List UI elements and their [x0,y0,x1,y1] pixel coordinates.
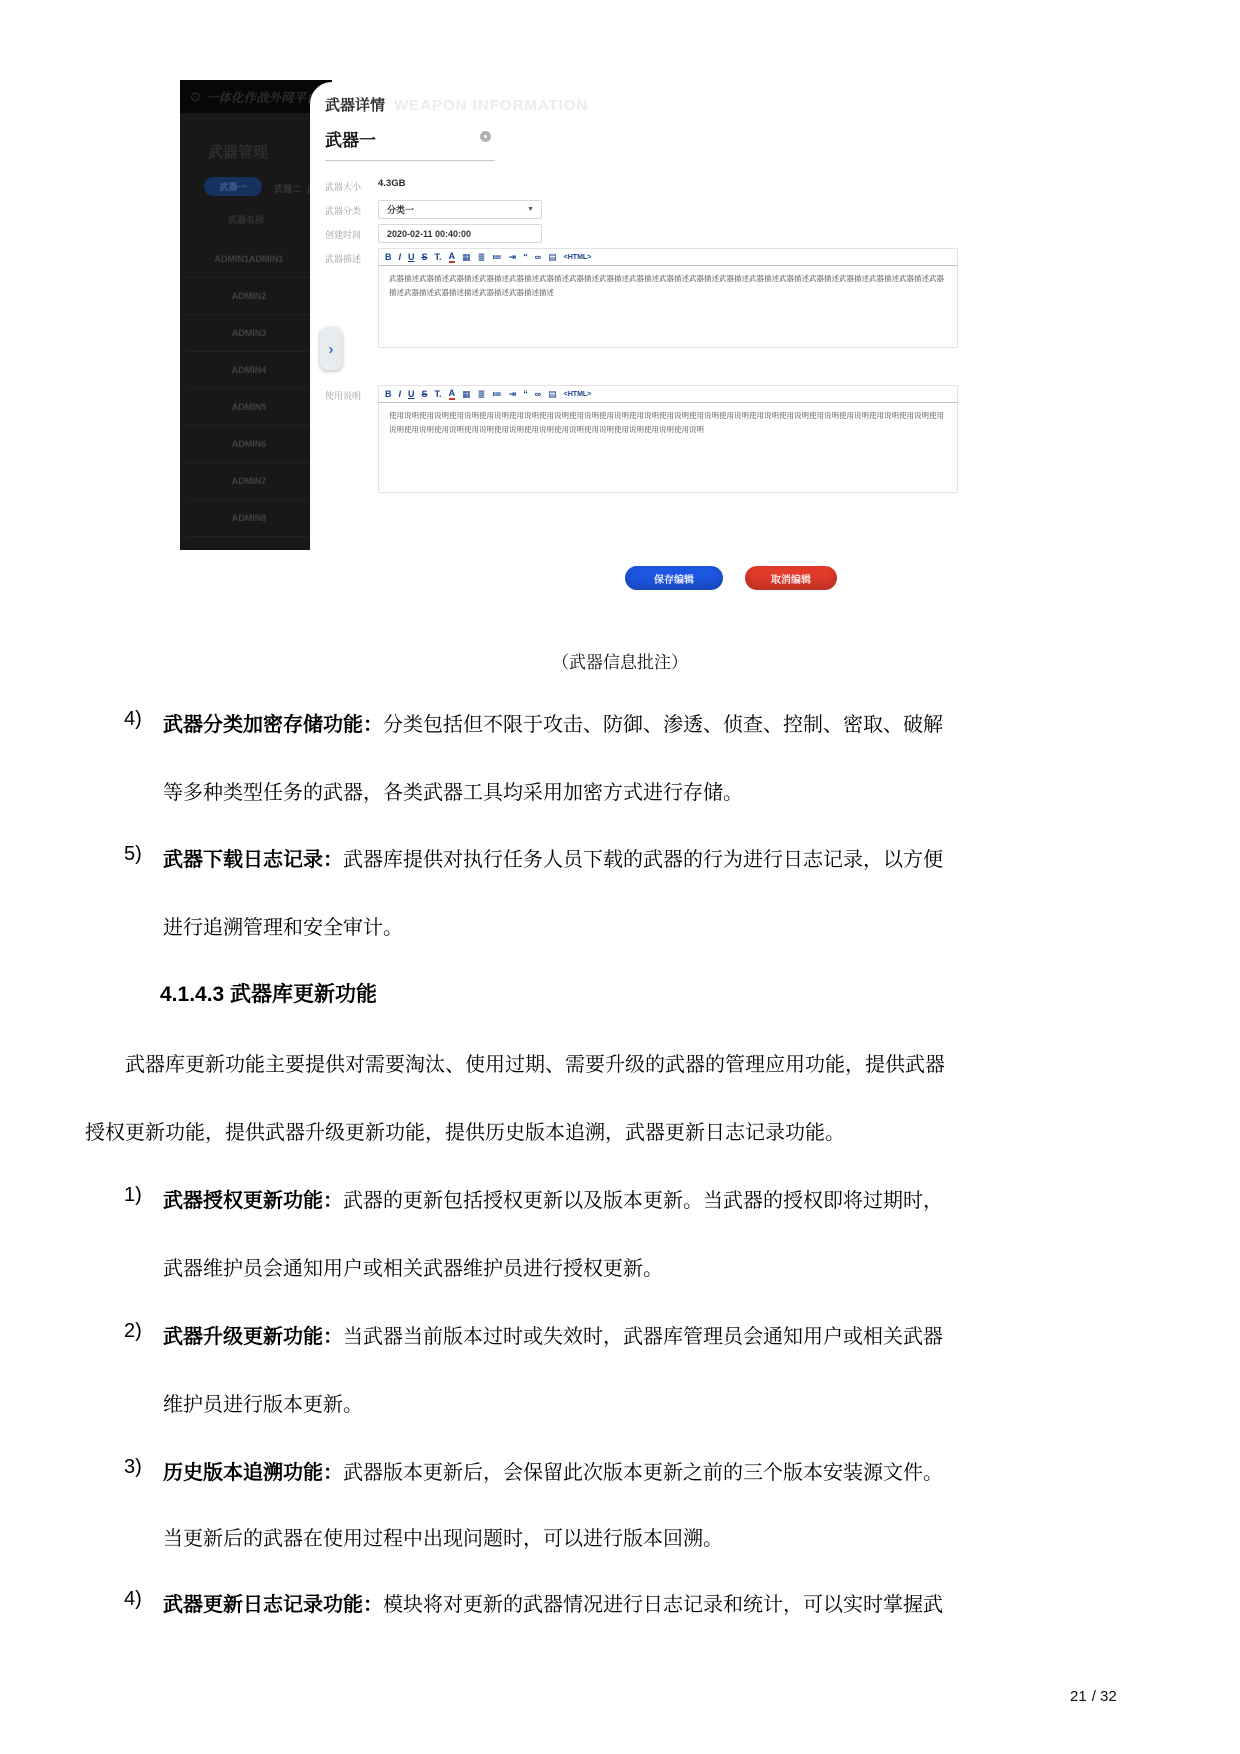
list-number: 5) [124,843,142,866]
doc-line: 等多种类型任务的武器，各类武器工具均采用加密方式进行存储。 [163,776,743,805]
weapon-detail-card: 武器详情 WEAPON INFORMATION 武器一 武器大小 4.3GB 武… [310,82,958,622]
editor-toolbar: B I U S T. A ▦ ≣ ≔ ⇥ “ ∞ ▤ <HTML> [379,386,957,403]
unordered-list-icon[interactable]: ≣ [478,253,486,262]
size-value: 4.3GB [378,178,405,189]
list-item[interactable]: ADMIN9 [186,537,312,550]
doc-line: 武器库更新功能主要提供对需要淘汰、使用过期、需要升级的武器的管理应用功能，提供武… [125,1048,945,1077]
doc-line: 武器更新日志记录功能：模块将对更新的武器情况进行日志记录和统计，可以实时掌握武 [163,1588,943,1617]
indent-icon[interactable]: ⇥ [509,253,517,262]
save-edit-button[interactable]: 保存编辑 [625,566,723,590]
font-color-icon[interactable]: A [449,252,456,263]
doc-line: 武器升级更新功能：当武器当前版本过时或失效时，武器库管理员会通知用户或相关武器 [163,1320,943,1349]
list-number: 4) [124,1588,142,1611]
panel-subtitle: WEAPON INFORMATION [394,97,588,114]
doc-line: 维护员进行版本更新。 [163,1388,363,1417]
panel-title: 武器详情 [325,94,385,115]
category-label: 武器分类 [325,204,361,217]
weapon-sidebar: 武器管理 武器一 武器二 武器三 武器名称 ADMIN1ADMIN1 ADMIN… [180,113,312,550]
font-size-icon[interactable]: T. [435,253,442,262]
doc-line: 历史版本追溯功能：武器版本更新后，会保留此次版本更新之前的三个版本安装源文件。 [163,1456,943,1485]
list-item[interactable]: ADMIN1ADMIN1 [186,241,312,278]
list-item[interactable]: ADMIN6 [186,426,312,463]
create-time-label: 创建时间 [325,228,361,241]
unordered-list-icon[interactable]: ≣ [478,390,486,399]
page-current: 21 [1070,1688,1087,1705]
usage-editor: B I U S T. A ▦ ≣ ≔ ⇥ “ ∞ ▤ <HTML> 使用说明使用… [378,385,958,493]
document-page: ⊙ 一体化作战外网平台 武器管理 武器一 武器二 武器三 武器名称 ADMIN1… [0,0,1240,1754]
list-item[interactable]: ADMIN5 [186,389,312,426]
page-total: / 32 [1092,1688,1117,1705]
highlight-icon[interactable]: ▦ [462,390,471,399]
link-icon[interactable]: ∞ [535,253,541,262]
panel-header: 武器详情 WEAPON INFORMATION [325,94,588,115]
create-time-input[interactable]: 2020-02-11 00:40:00 [378,224,542,243]
weapon-name-value: 武器一 [325,131,376,150]
weapon-list: ADMIN1ADMIN1 ADMIN2 ADMIN3 ADMIN4 ADMIN5… [186,241,312,550]
image-icon[interactable]: ▤ [548,253,557,262]
doc-bold-lead: 武器分类加密存储功能： [163,714,383,736]
doc-line: 当更新后的武器在使用过程中出现问题时，可以进行版本回溯。 [163,1522,723,1551]
list-item[interactable]: ADMIN4 [186,352,312,389]
sidebar-expand-button[interactable]: › [320,328,342,370]
bold-icon[interactable]: B [385,390,392,399]
app-title: 一体化作战外网平台 [206,88,319,106]
description-label: 武器描述 [325,252,361,265]
list-item[interactable]: ADMIN8 [186,500,312,537]
size-label: 武器大小 [325,180,361,193]
doc-text: 武器的更新包括授权更新以及版本更新。当武器的授权即将过期时， [343,1190,943,1212]
doc-bold-lead: 武器更新日志记录功能： [163,1594,383,1616]
list-item[interactable]: ADMIN2 [186,278,312,315]
doc-text: 武器库提供对执行任务人员下载的武器的行为进行日志记录，以方便 [343,849,943,871]
link-icon[interactable]: ∞ [535,390,541,399]
font-color-icon[interactable]: A [449,389,456,400]
italic-icon[interactable]: I [399,390,402,399]
doc-text: 模块将对更新的武器情况进行日志记录和统计，可以实时掌握武 [383,1594,943,1616]
clear-icon[interactable] [480,131,491,142]
description-content[interactable]: 武器描述武器描述武器描述武器描述武器描述武器描述武器描述武器描述武器描述武器描述… [379,266,957,307]
list-number: 1) [124,1184,142,1207]
usage-label: 使用说明 [325,389,361,402]
list-number: 4) [124,708,142,731]
italic-icon[interactable]: I [399,253,402,262]
chevron-down-icon: ▼ [527,206,534,213]
tab-weapon-2[interactable]: 武器二 [274,182,301,195]
column-header-weapon-name: 武器名称 [180,213,312,226]
ordered-list-icon[interactable]: ≔ [492,390,502,399]
strikethrough-icon[interactable]: S [422,253,428,262]
app-logo-icon: ⊙ [190,89,201,105]
doc-line: 武器分类加密存储功能：分类包括但不限于攻击、防御、渗透、侦查、控制、密取、破解 [163,708,943,737]
list-number: 3) [124,1456,142,1479]
doc-text: 武器版本更新后，会保留此次版本更新之前的三个版本安装源文件。 [343,1462,943,1484]
tab-weapon-1[interactable]: 武器一 [204,177,262,196]
doc-line: 授权更新功能，提供武器升级更新功能，提供历史版本追溯，武器更新日志记录功能。 [85,1116,845,1145]
usage-content[interactable]: 使用说明使用说明使用说明使用说明使用说明使用说明使用说明使用说明使用说明使用说明… [379,403,957,444]
strikethrough-icon[interactable]: S [422,390,428,399]
indent-icon[interactable]: ⇥ [509,390,517,399]
page-number: 21 / 32 [1070,1688,1117,1705]
section-heading: 4.1.4.3 武器库更新功能 [160,978,377,1008]
description-editor: B I U S T. A ▦ ≣ ≔ ⇥ “ ∞ ▤ <HTML> 武器描述武器… [378,248,958,348]
html-source-icon[interactable]: <HTML> [564,391,592,398]
cancel-edit-button[interactable]: 取消编辑 [745,566,837,590]
bold-icon[interactable]: B [385,253,392,262]
doc-bold-lead: 武器授权更新功能： [163,1190,343,1212]
underline-icon[interactable]: U [408,390,415,399]
editor-toolbar: B I U S T. A ▦ ≣ ≔ ⇥ “ ∞ ▤ <HTML> [379,249,957,266]
doc-bold-lead: 武器下载日志记录： [163,849,343,871]
ordered-list-icon[interactable]: ≔ [492,253,502,262]
list-item[interactable]: ADMIN7 [186,463,312,500]
figure-caption: （武器信息批注） [0,648,1240,673]
list-item[interactable]: ADMIN3 [186,315,312,352]
doc-bold-lead: 武器升级更新功能： [163,1326,343,1348]
highlight-icon[interactable]: ▦ [462,253,471,262]
doc-line: 武器下载日志记录：武器库提供对执行任务人员下载的武器的行为进行日志记录，以方便 [163,843,943,872]
doc-line: 进行追溯管理和安全审计。 [163,911,403,940]
font-size-icon[interactable]: T. [435,390,442,399]
weapon-name-field[interactable]: 武器一 [325,126,495,161]
quote-icon[interactable]: “ [523,253,528,262]
image-icon[interactable]: ▤ [548,390,557,399]
list-number: 2) [124,1320,142,1343]
doc-line: 武器授权更新功能：武器的更新包括授权更新以及版本更新。当武器的授权即将过期时， [163,1184,943,1213]
html-source-icon[interactable]: <HTML> [564,254,592,261]
weapon-info-screenshot: ⊙ 一体化作战外网平台 武器管理 武器一 武器二 武器三 武器名称 ADMIN1… [160,78,960,623]
sidebar-title: 武器管理 [208,141,268,162]
create-time-value: 2020-02-11 00:40:00 [387,229,471,239]
doc-bold-lead: 历史版本追溯功能： [163,1462,343,1484]
category-select[interactable]: 分类一 ▼ [378,200,542,219]
quote-icon[interactable]: “ [523,390,528,399]
doc-text: 分类包括但不限于攻击、防御、渗透、侦查、控制、密取、破解 [383,714,943,736]
doc-text: 当武器当前版本过时或失效时，武器库管理员会通知用户或相关武器 [343,1326,943,1348]
doc-line: 武器维护员会通知用户或相关武器维护员进行授权更新。 [163,1252,663,1281]
category-value: 分类一 [387,203,414,216]
underline-icon[interactable]: U [408,253,415,262]
